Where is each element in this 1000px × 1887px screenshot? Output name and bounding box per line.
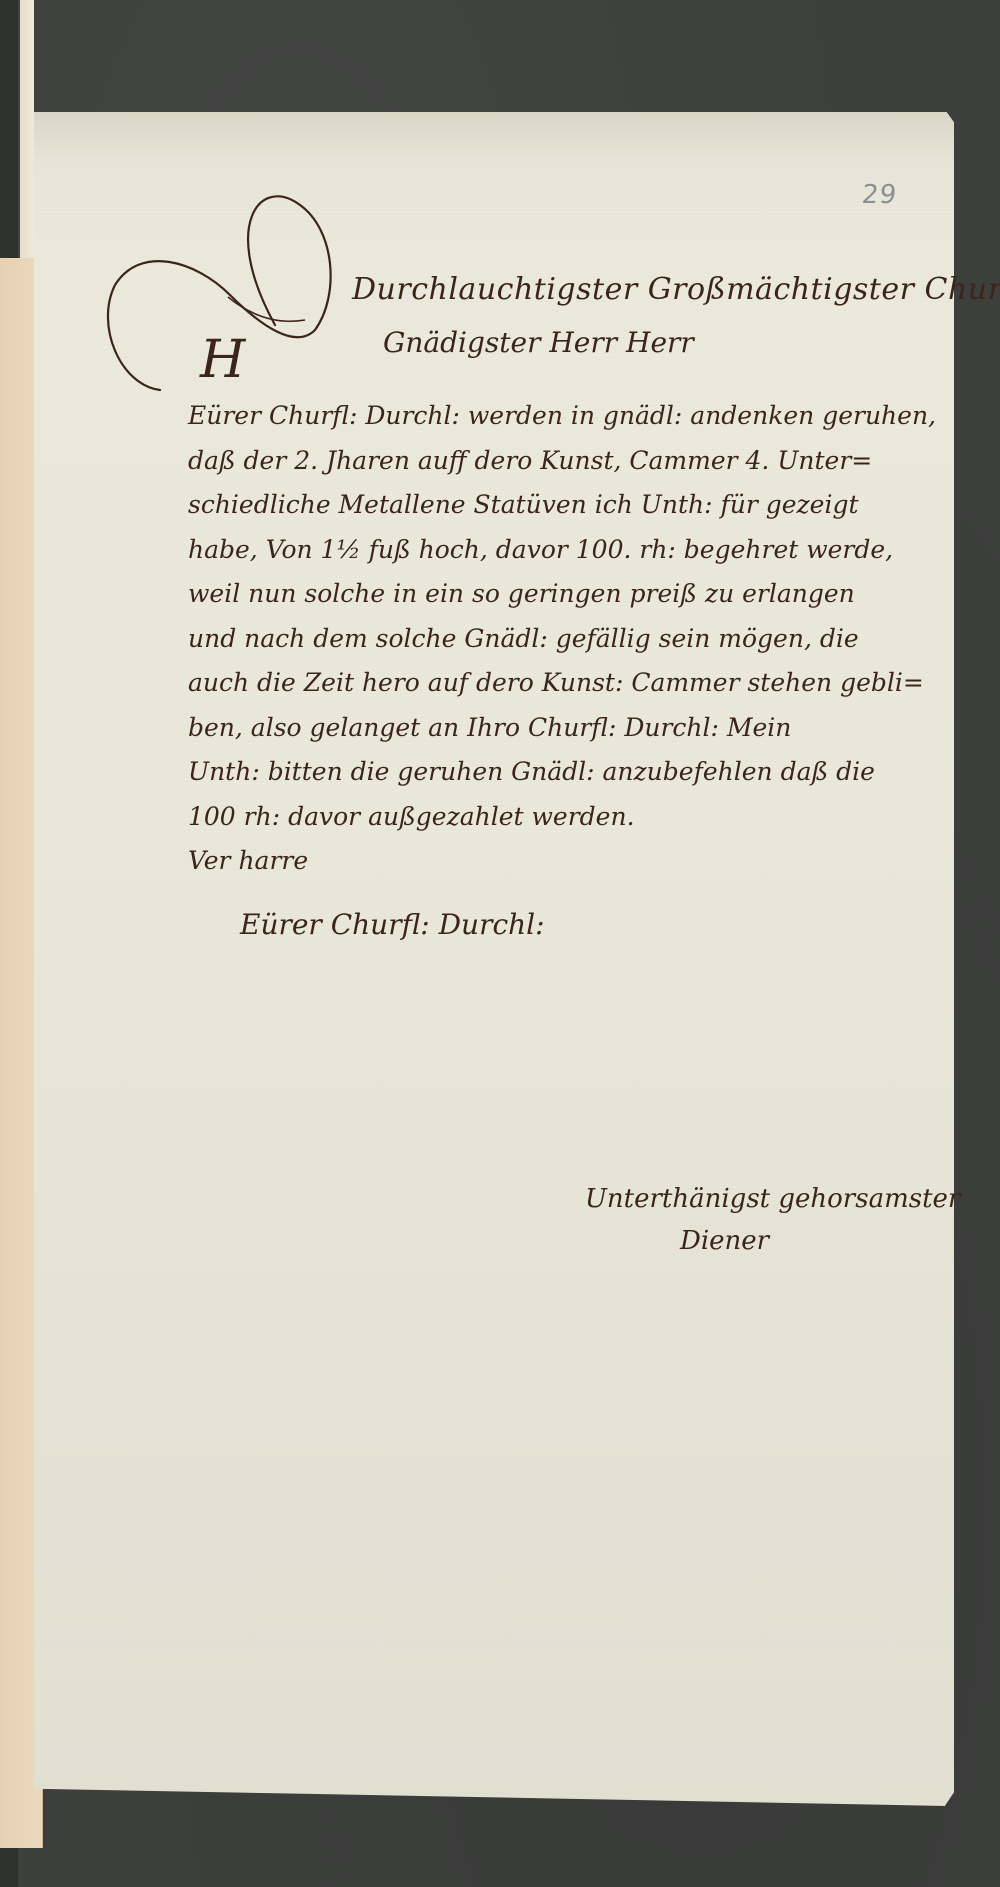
page-stain <box>34 112 954 162</box>
body-line: Ver harre <box>188 839 936 884</box>
body-line: Unth: bitten die geruhen Gnädl: anzubefe… <box>188 750 936 795</box>
folio-number: 29 <box>860 180 898 210</box>
salutation-line-2: Gnädigster Herr Herr <box>383 326 694 359</box>
adjacent-page-edge <box>20 0 34 260</box>
closing-formula: Eürer Churfl: Durchl: <box>240 908 545 941</box>
body-line: daß der 2. Jharen auff dero Kunst, Camme… <box>188 439 936 484</box>
letter-body: Eürer Churfl: Durchl: werden in gnädl: a… <box>188 394 936 884</box>
body-line: habe, Von 1½ fuß hoch, davor 100. rh: be… <box>188 528 936 573</box>
body-line: auch die Zeit hero auf dero Kunst: Camme… <box>188 661 936 706</box>
body-line: ben, also gelanget an Ihro Churfl: Durch… <box>188 706 936 751</box>
body-line: und nach dem solche Gnädl: gefällig sein… <box>188 617 936 662</box>
body-line: 100 rh: davor außgezahlet werden. <box>188 795 936 840</box>
signature-line-1: Unterthänigst gehorsamster <box>585 1184 960 1214</box>
body-line: schiedliche Metallene Statüven ich Unth:… <box>188 483 936 528</box>
initial-letter: H <box>200 330 245 390</box>
signature-block: Unterthänigst gehorsamster Diener <box>585 1178 960 1262</box>
signature-line-2: Diener <box>585 1220 960 1262</box>
salutation-line-1: Durchlauchtigster Großmächtigster Churfl… <box>352 272 1000 307</box>
body-line: weil nun solche in ein so geringen preiß… <box>188 572 936 617</box>
body-line: Eürer Churfl: Durchl: werden in gnädl: a… <box>188 394 936 439</box>
